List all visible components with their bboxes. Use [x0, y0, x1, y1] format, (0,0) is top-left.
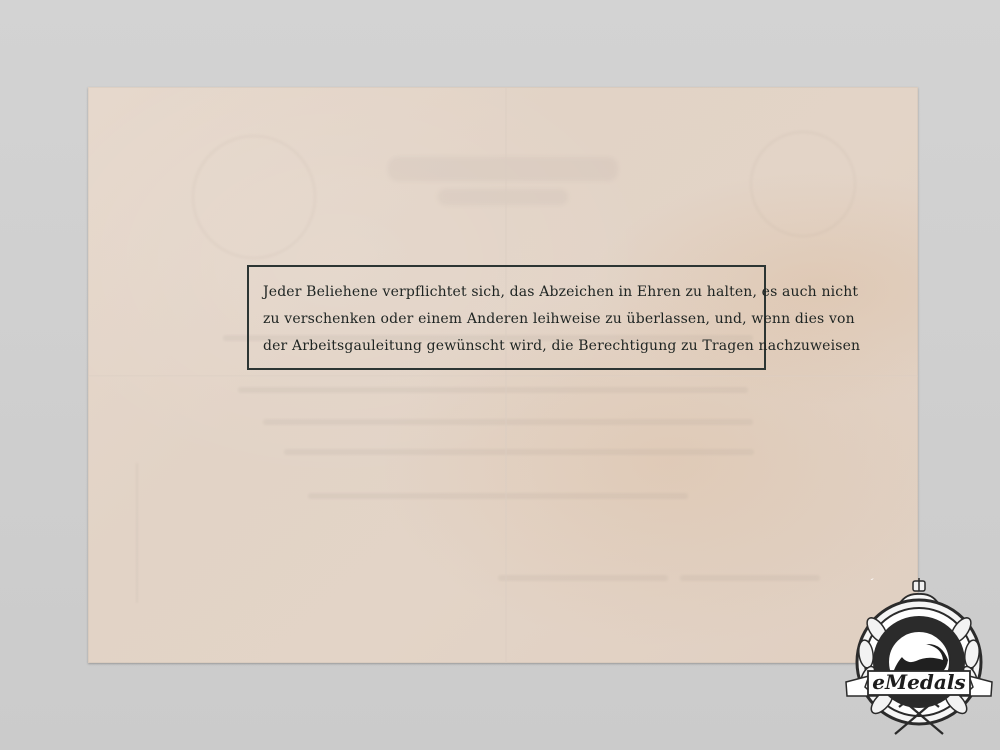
document-paper: Jeder Beliehene verpflichtet sich, das A… — [88, 87, 918, 663]
notice-line-2: zu verschenken oder einem Anderen leihwe… — [263, 306, 750, 333]
notice-box: Jeder Beliehene verpflichtet sich, das A… — [247, 265, 766, 370]
notice-line-1: Jeder Beliehene verpflichtet sich, das A… — [263, 279, 750, 306]
notice-line-3: der Arbeitsgauleitung gewünscht wird, di… — [263, 333, 750, 360]
seal-brand: eMedals — [872, 670, 965, 694]
emedals-watermark: Purveyors of Authentic Militaria eMedals… — [844, 578, 994, 742]
background-stage: Jeder Beliehene verpflichtet sich, das A… — [0, 0, 1000, 750]
seal-established: Est. 1997 — [907, 698, 931, 704]
seal-icon: Purveyors of Authentic Militaria eMedals… — [844, 578, 994, 742]
horizontal-fold-line — [88, 375, 918, 377]
seal-motto: Purveyors of Authentic Militaria — [844, 578, 992, 581]
